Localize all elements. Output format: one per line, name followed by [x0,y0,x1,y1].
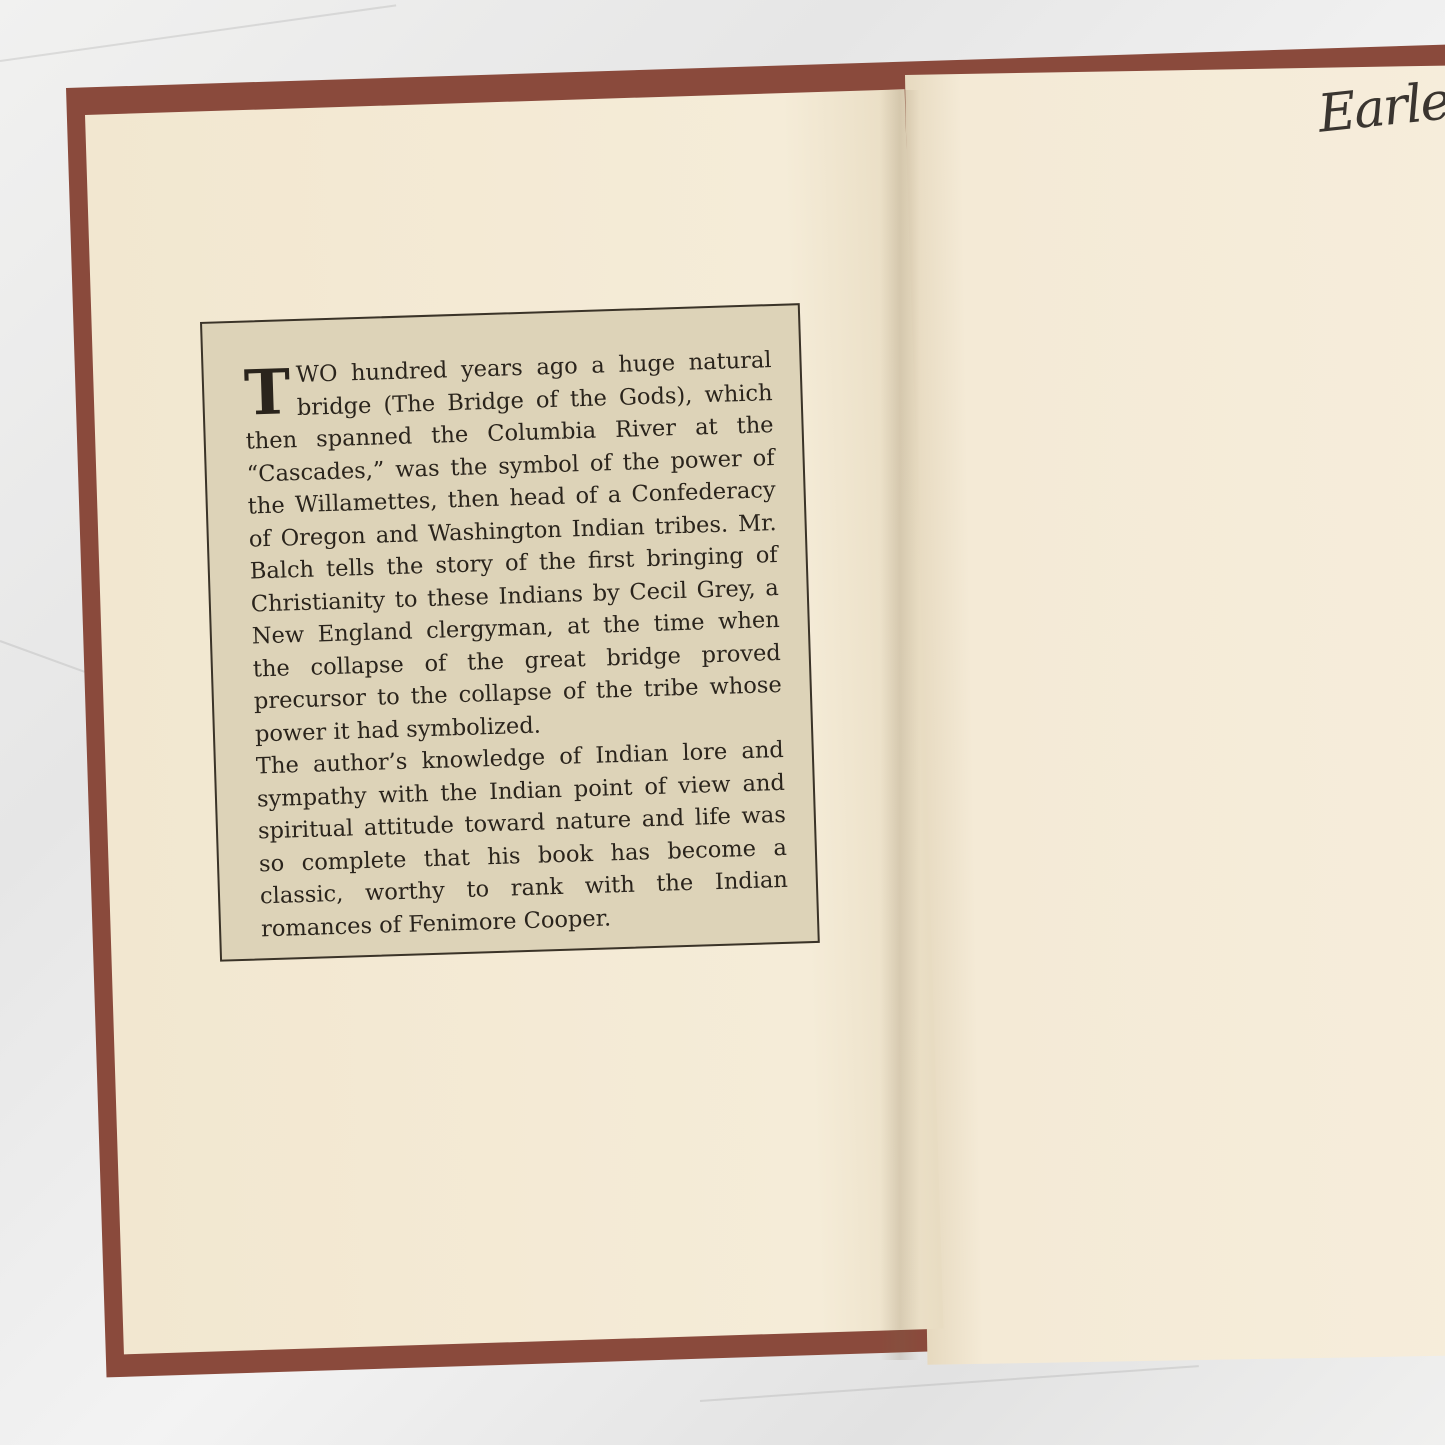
marble-vein [0,640,85,673]
blurb-paragraph-1: TWO hundred years ago a huge natural bri… [243,344,783,750]
drop-cap: T [243,367,291,418]
pasted-blurb-label: TWO hundred years ago a huge natural bri… [200,303,820,962]
right-endpaper [905,65,1445,1365]
blurb-paragraph-2: The author’s knowledge of Indian lore an… [255,734,789,945]
blurb-paragraph-1-text: WO hundred years ago a huge natural brid… [245,347,782,747]
marble-vein [700,1365,1199,1402]
handwritten-signature: Earle [1315,71,1445,144]
book-gutter [880,90,920,1360]
marble-vein [0,4,396,62]
